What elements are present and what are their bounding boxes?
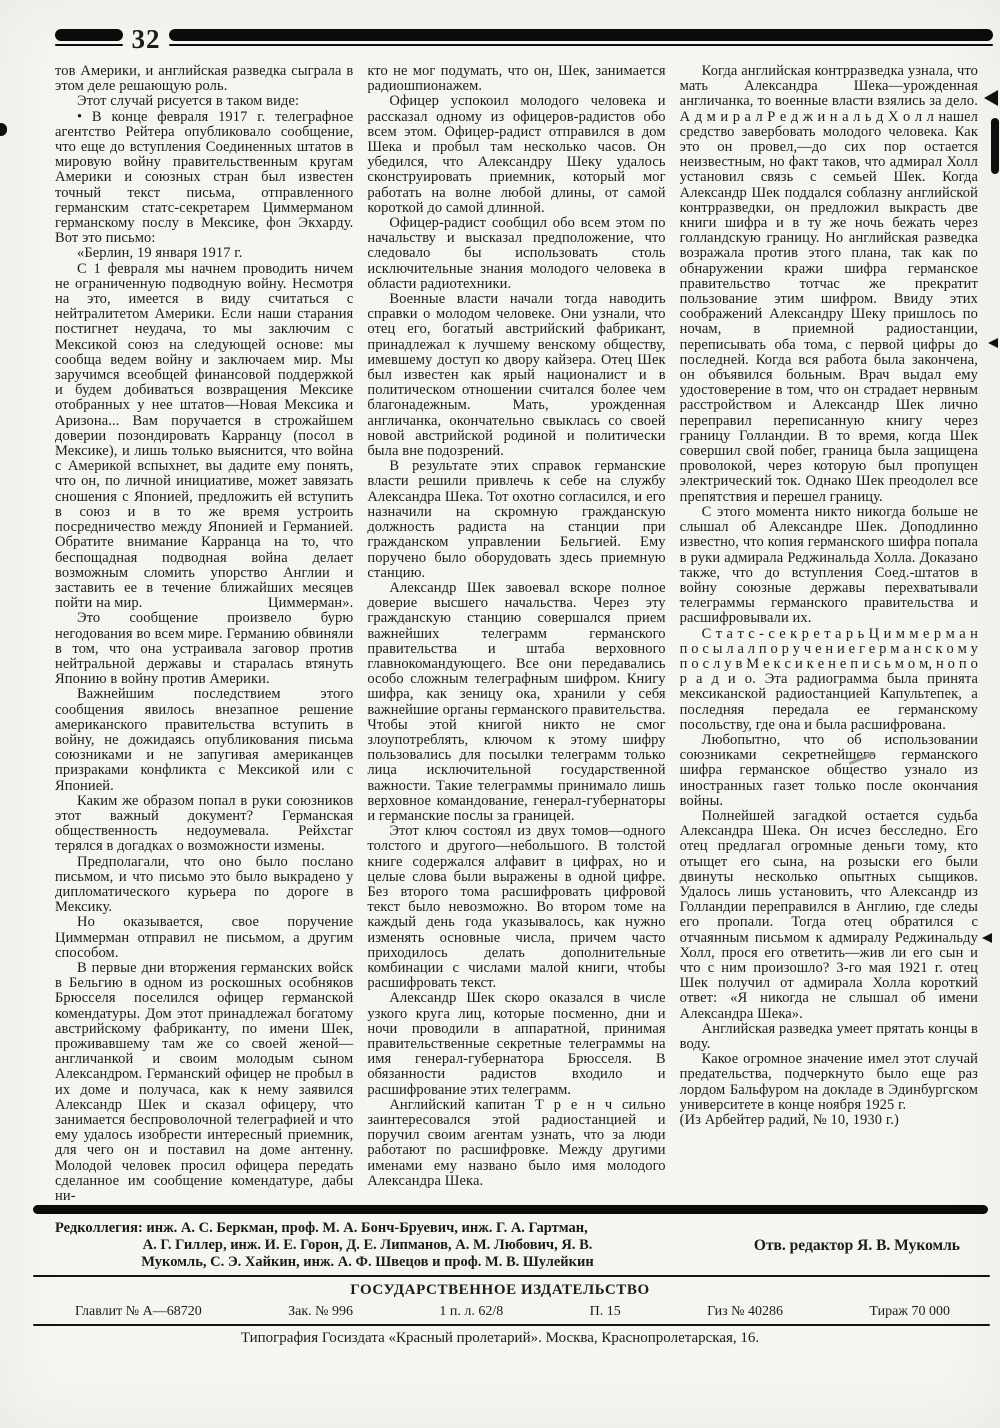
paragraph: Важнейшим последствием этого сообщения я… (55, 687, 353, 793)
typography-line: Типография Госиздата «Красный пролетарий… (0, 1330, 1000, 1346)
paragraph: Английский капитан Т р е н ч сильно заин… (367, 1098, 665, 1189)
ink-mark (984, 90, 998, 106)
paragraph: (Из Арбейтер радий, № 10, 1930 г.) (680, 1113, 978, 1128)
imprint-item: 1 п. л. 62/8 (439, 1304, 503, 1320)
ink-mark (0, 123, 7, 136)
imprint-item: Гиз № 40286 (707, 1304, 783, 1320)
paragraph: Английская разведка умеет прятать концы … (680, 1022, 978, 1052)
paragraph: Военные власти начали тогда наводить спр… (367, 292, 665, 459)
paragraph: Когда английская контрразведка узнала, ч… (680, 64, 978, 505)
ink-mark (991, 118, 999, 174)
editorial-line: Редколлегия: инж. А. С. Беркман, проф. М… (55, 1220, 680, 1237)
paragraph: Александр Шек завоевал вскоре полное дов… (367, 581, 665, 824)
ink-mark (982, 933, 992, 943)
paragraph: В результате этих справок германские вла… (367, 459, 665, 581)
paragraph: Но оказывается, свое поручение Циммерман… (55, 915, 353, 961)
paragraph: Любопытно, что об использовании союзника… (680, 733, 978, 809)
publisher-name: ГОСУДАРСТВЕННОЕ ИЗДАТЕЛЬСТВО (0, 1282, 1000, 1298)
ink-mark (988, 338, 998, 348)
imprint-item: Тираж 70 000 (869, 1304, 950, 1320)
paragraph: Это сообщение произвело бурю негодования… (55, 611, 353, 687)
header-bar-right (169, 29, 993, 46)
responsible-editor: Отв. редактор Я. В. Мукомль (680, 1220, 960, 1271)
header-bar-left-rule (55, 29, 123, 41)
text-column-3: Когда английская контрразведка узнала, ч… (680, 64, 978, 1209)
text-column-1: тов Америки, и английская разведка сыгра… (55, 64, 353, 1209)
paragraph: кто не мог подумать, что он, Шек, занима… (367, 64, 665, 94)
footer-rule-bottom (33, 1324, 990, 1326)
footer: Редколлегия: инж. А. С. Беркман, проф. М… (0, 1205, 1000, 1346)
header-bar-left-underline (55, 44, 123, 46)
footer-rule-top (33, 1275, 990, 1277)
letter-signature: Циммерман». (246, 596, 353, 611)
paragraph: С этого момента никто никогда больше не … (680, 505, 978, 627)
paragraph: С т а т с - с е к р е т а р ь Ц и м м е … (680, 627, 978, 733)
paragraph: Офицер успокоил молодого человека и расс… (367, 94, 665, 216)
magazine-page: 32 тов Америки, и английская разведка сы… (0, 0, 1000, 1428)
imprint-item: Зак. № 996 (288, 1304, 353, 1320)
paragraph: С 1 февраля мы начнем проводить ничем не… (55, 262, 353, 612)
paragraph: Этот случай рисуется в таком виде: (55, 94, 353, 109)
editorial-line: Мукомль, С. Э. Хайкин, инж. А. Ф. Швецов… (55, 1254, 680, 1271)
paragraph: Каким же образом попал в руки союзников … (55, 794, 353, 855)
article-body: тов Америки, и английская разведка сыгра… (55, 64, 978, 1209)
paragraph: «Берлин, 19 января 1917 г. (55, 246, 353, 261)
text-column-2: кто не мог подумать, что он, Шек, занима… (367, 64, 665, 1209)
imprint-row: Главлит № А—68720Зак. № 9961 п. л. 62/8П… (0, 1298, 1000, 1320)
header-bar-right-underline (169, 44, 993, 46)
paragraph: Предполагали, что оно было послано письм… (55, 855, 353, 916)
header-bar-left (55, 29, 123, 46)
editorial-line: А. Г. Гиллер, инж. И. Е. Горон, Д. Е. Ли… (55, 1237, 680, 1254)
paragraph: Александр Шек скоро оказался в числе узк… (367, 991, 665, 1097)
page-number: 32 (123, 26, 169, 52)
masthead: 32 (55, 29, 993, 52)
imprint-item: Главлит № А—68720 (75, 1304, 202, 1320)
editorial-board: Редколлегия: инж. А. С. Беркман, проф. М… (55, 1220, 960, 1271)
paragraph: Какое огромное значение имел этот случай… (680, 1052, 978, 1113)
header-bar-right-rule (169, 29, 993, 41)
paragraph: Полнейшей загадкой остается судьба Алекс… (680, 809, 978, 1022)
imprint-item: П. 15 (590, 1304, 621, 1320)
footer-thick-rule (33, 1205, 988, 1214)
paragraph: В первые дни вторжения германских войск … (55, 961, 353, 1204)
paragraph: Этот ключ состоял из двух томов—одного т… (367, 824, 665, 991)
paragraph: • В конце февраля 1917 г. телеграфное аг… (55, 110, 353, 247)
paragraph: Офицер-радист сообщил обо всем этом по н… (367, 216, 665, 292)
editorial-board-list: Редколлегия: инж. А. С. Беркман, проф. М… (55, 1220, 680, 1271)
paragraph: тов Америки, и английская разведка сыгра… (55, 64, 353, 94)
